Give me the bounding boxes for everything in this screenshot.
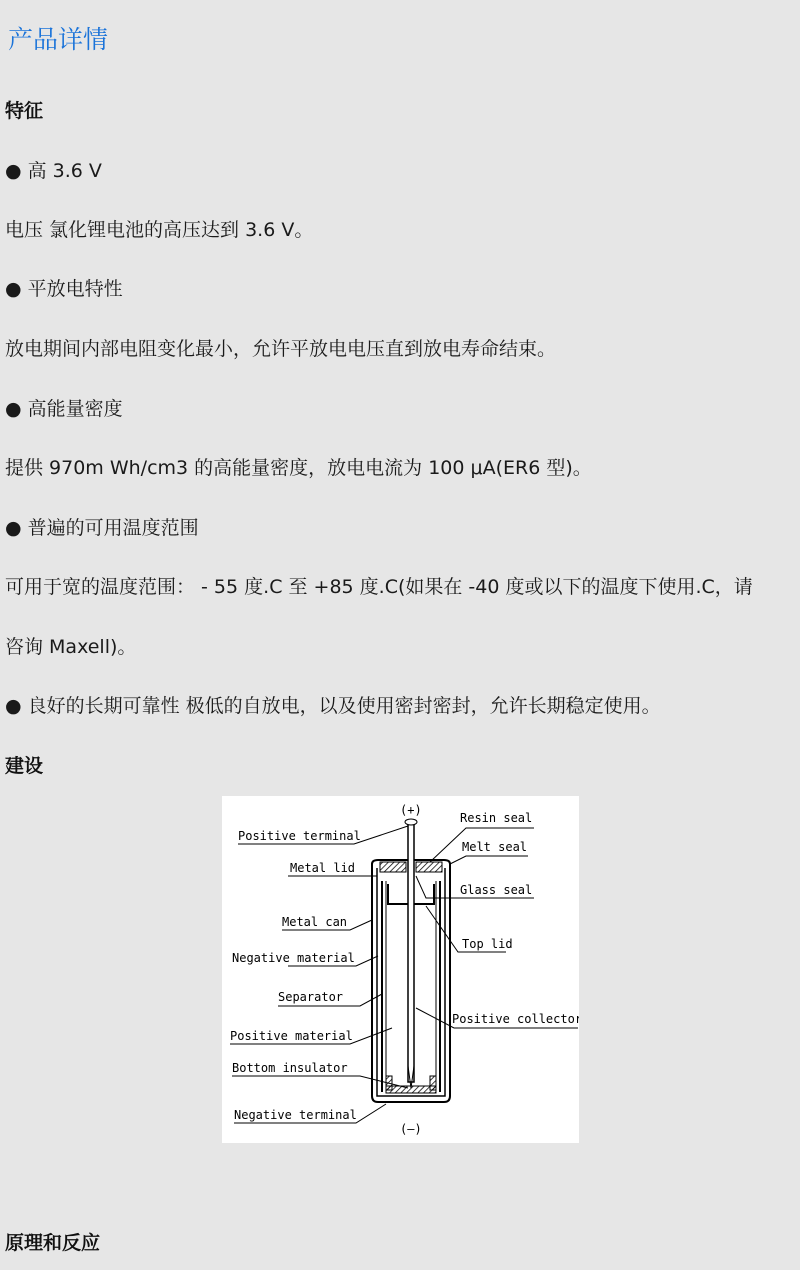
label-positive-material: Positive material — [230, 1029, 353, 1043]
feature-text-temperature-cont: 咨询 Maxell)。 — [5, 632, 136, 659]
construction-heading: 建设 — [5, 751, 43, 778]
feature-bullet-reliability: ● 良好的长期可靠性 极低的自放电，以及使用密封密封，允许长期稳定使用。 — [5, 691, 661, 718]
feature-text-energy-density: 提供 970m Wh/cm3 的高能量密度，放电电流为 100 μA(ER6 型… — [5, 453, 592, 480]
label-separator: Separator — [278, 990, 343, 1004]
label-metal-can: Metal can — [282, 915, 347, 929]
label-metal-lid: Metal lid — [290, 861, 355, 875]
features-heading: 特征 — [5, 96, 43, 123]
label-top-lid: Top lid — [462, 937, 513, 951]
principle-heading: 原理和反应 — [5, 1228, 100, 1255]
feature-bullet-temperature: ● 普遍的可用温度范围 — [5, 513, 199, 540]
feature-text-temperature: 可用于宽的温度范围： - 55 度.C 至 +85 度.C(如果在 -40 度或… — [5, 572, 753, 599]
label-negative-material: Negative material — [232, 951, 355, 965]
feature-bullet-energy-density: ● 高能量密度 — [5, 394, 123, 421]
positive-symbol: (+) — [400, 803, 422, 817]
label-bottom-insulator: Bottom insulator — [232, 1061, 348, 1075]
label-negative-terminal: Negative terminal — [234, 1108, 357, 1122]
feature-text-flat-discharge: 放电期间内部电阻变化最小，允许平放电电压直到放电寿命结束。 — [5, 334, 556, 361]
page-title: 产品详情 — [8, 20, 108, 56]
feature-bullet-high-voltage: ● 高 3.6 V — [5, 156, 102, 183]
negative-symbol: (—) — [400, 1122, 422, 1136]
label-positive-collector: Positive collector — [452, 1012, 579, 1026]
feature-text-high-voltage: 电压 氯化锂电池的高压达到 3.6 V。 — [5, 215, 313, 242]
label-glass-seal: Glass seal — [460, 883, 532, 897]
label-positive-terminal: Positive terminal — [238, 829, 361, 843]
battery-construction-diagram: (+) (—) Positive terminal Metal lid Meta… — [222, 796, 579, 1143]
feature-bullet-flat-discharge: ● 平放电特性 — [5, 274, 123, 301]
label-resin-seal: Resin seal — [460, 811, 532, 825]
label-melt-seal: Melt seal — [462, 840, 527, 854]
